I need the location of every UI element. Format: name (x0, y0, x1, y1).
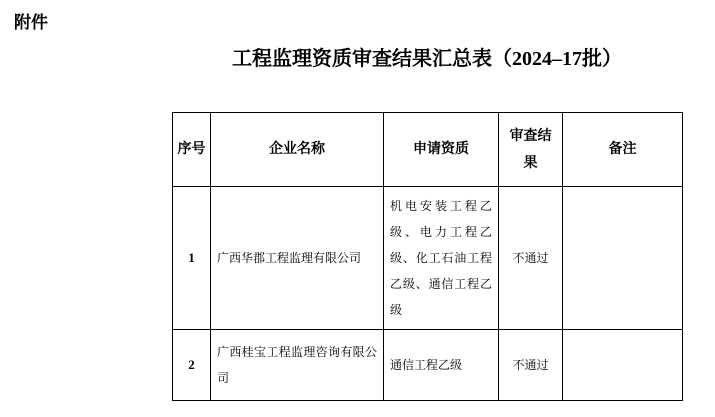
cell-no: 2 (173, 330, 211, 401)
header-qualification: 申请资质 (384, 113, 499, 187)
cell-company: 广西华郡工程监理有限公司 (211, 187, 384, 330)
table-header-row: 序号 企业名称 申请资质 审查结果 备注 (173, 113, 683, 187)
cell-result: 不通过 (499, 330, 563, 401)
document-page: { "page": { "attachment_label": "附件", "t… (0, 0, 715, 417)
cell-no: 1 (173, 187, 211, 330)
cell-remark (563, 330, 683, 401)
results-table: 序号 企业名称 申请资质 审查结果 备注 1 广西华郡工程监理有限公司 机电安装… (172, 112, 683, 401)
header-remark: 备注 (563, 113, 683, 187)
cell-qualification: 通信工程乙级 (384, 330, 499, 401)
cell-company: 广西桂宝工程监理咨询有限公司 (211, 330, 384, 401)
table-row: 1 广西华郡工程监理有限公司 机电安装工程乙级、电力工程乙级、化工石油工程乙级、… (173, 187, 683, 330)
header-result: 审查结果 (499, 113, 563, 187)
attachment-label: 附件 (14, 8, 48, 33)
cell-qualification: 机电安装工程乙级、电力工程乙级、化工石油工程乙级、通信工程乙级 (384, 187, 499, 330)
table-row: 2 广西桂宝工程监理咨询有限公司 通信工程乙级 不通过 (173, 330, 683, 401)
header-company: 企业名称 (211, 113, 384, 187)
cell-remark (563, 187, 683, 330)
header-no: 序号 (173, 113, 211, 187)
cell-result: 不通过 (499, 187, 563, 330)
page-title: 工程监理资质审查结果汇总表（2024–17批） (122, 42, 715, 71)
